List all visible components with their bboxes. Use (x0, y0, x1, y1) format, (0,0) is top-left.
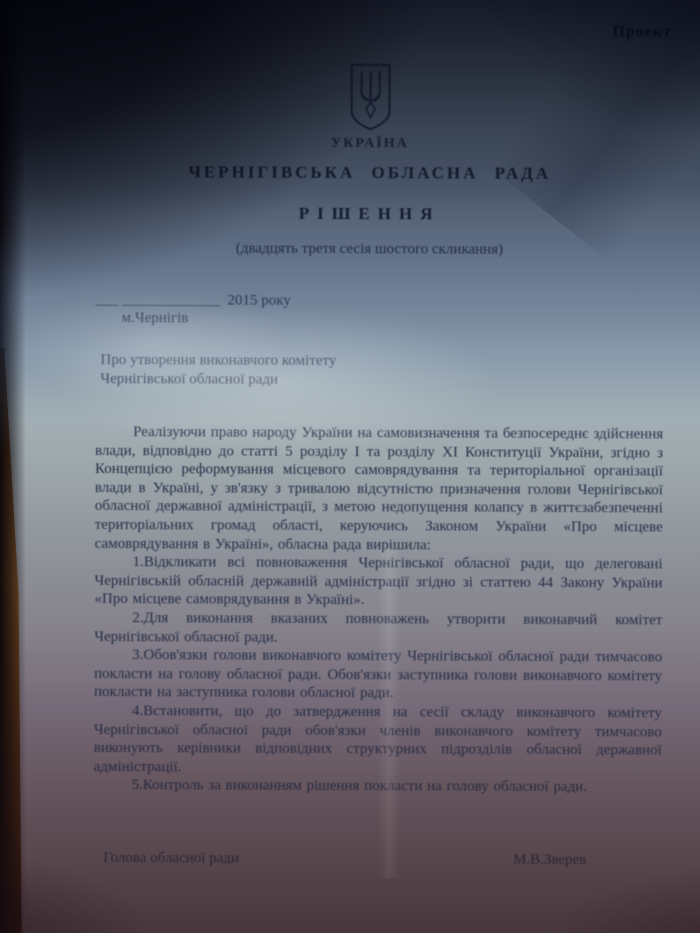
date-blank-long: _____________ (122, 292, 220, 308)
document-type-title: РІШЕННЯ (71, 203, 668, 226)
council-name: ЧЕРНІГІВСЬКА ОБЛАСНА РАДА (71, 162, 668, 185)
decision-item: 2.Для виконання вказаних повноважень утв… (94, 609, 662, 649)
country-name: УКРАЇНА (71, 135, 668, 154)
decision-item: 3.Обов'язки голови виконавчого комітету … (94, 646, 662, 704)
subject-line-1: Про утворення виконавчого комітету (100, 351, 336, 371)
decision-item: 5.Контроль за виконанням рішення покласт… (94, 776, 662, 797)
signature-row: Голова обласної ради М.В.Зверев (103, 850, 586, 869)
preamble-paragraph: Реалізуючи право народу України на самов… (95, 423, 664, 556)
subject-block: Про утворення виконавчого комітету Черні… (100, 351, 336, 390)
subject-line-2: Чернігівської обласної ради (100, 370, 336, 390)
signatory-name: М.В.Зверев (513, 852, 586, 869)
date-blank-short: ___ (96, 292, 119, 308)
date-block: ________________ 2015 року м.Чернігів (96, 292, 295, 328)
document-header: УКРАЇНА ЧЕРНІГІВСЬКА ОБЛАСНА РАДА РІШЕНН… (71, 0, 669, 259)
date-line: ________________ 2015 року (96, 292, 295, 310)
decision-item: 1.Відкликати всі повноваження Чернігівсь… (94, 553, 662, 611)
city-label: м.Чернігів (122, 310, 295, 328)
document-content: Проект УКРАЇНА ЧЕРНІГІВСЬКА ОБЛАСНА РАДА… (0, 0, 700, 933)
ukraine-trident-icon (345, 62, 395, 132)
decision-item: 4.Встановити, що до затвердження на сесі… (94, 702, 662, 779)
decision-body: Реалізуючи право народу України на самов… (94, 423, 664, 797)
document-photo: Проект УКРАЇНА ЧЕРНІГІВСЬКА ОБЛАСНА РАДА… (0, 0, 700, 933)
year-label: 2015 року (227, 292, 290, 308)
session-subtitle: (двадцять третя сесія шостого скликання) (71, 240, 668, 260)
coat-of-arms (71, 61, 668, 134)
signature-title: Голова обласної ради (103, 850, 239, 868)
